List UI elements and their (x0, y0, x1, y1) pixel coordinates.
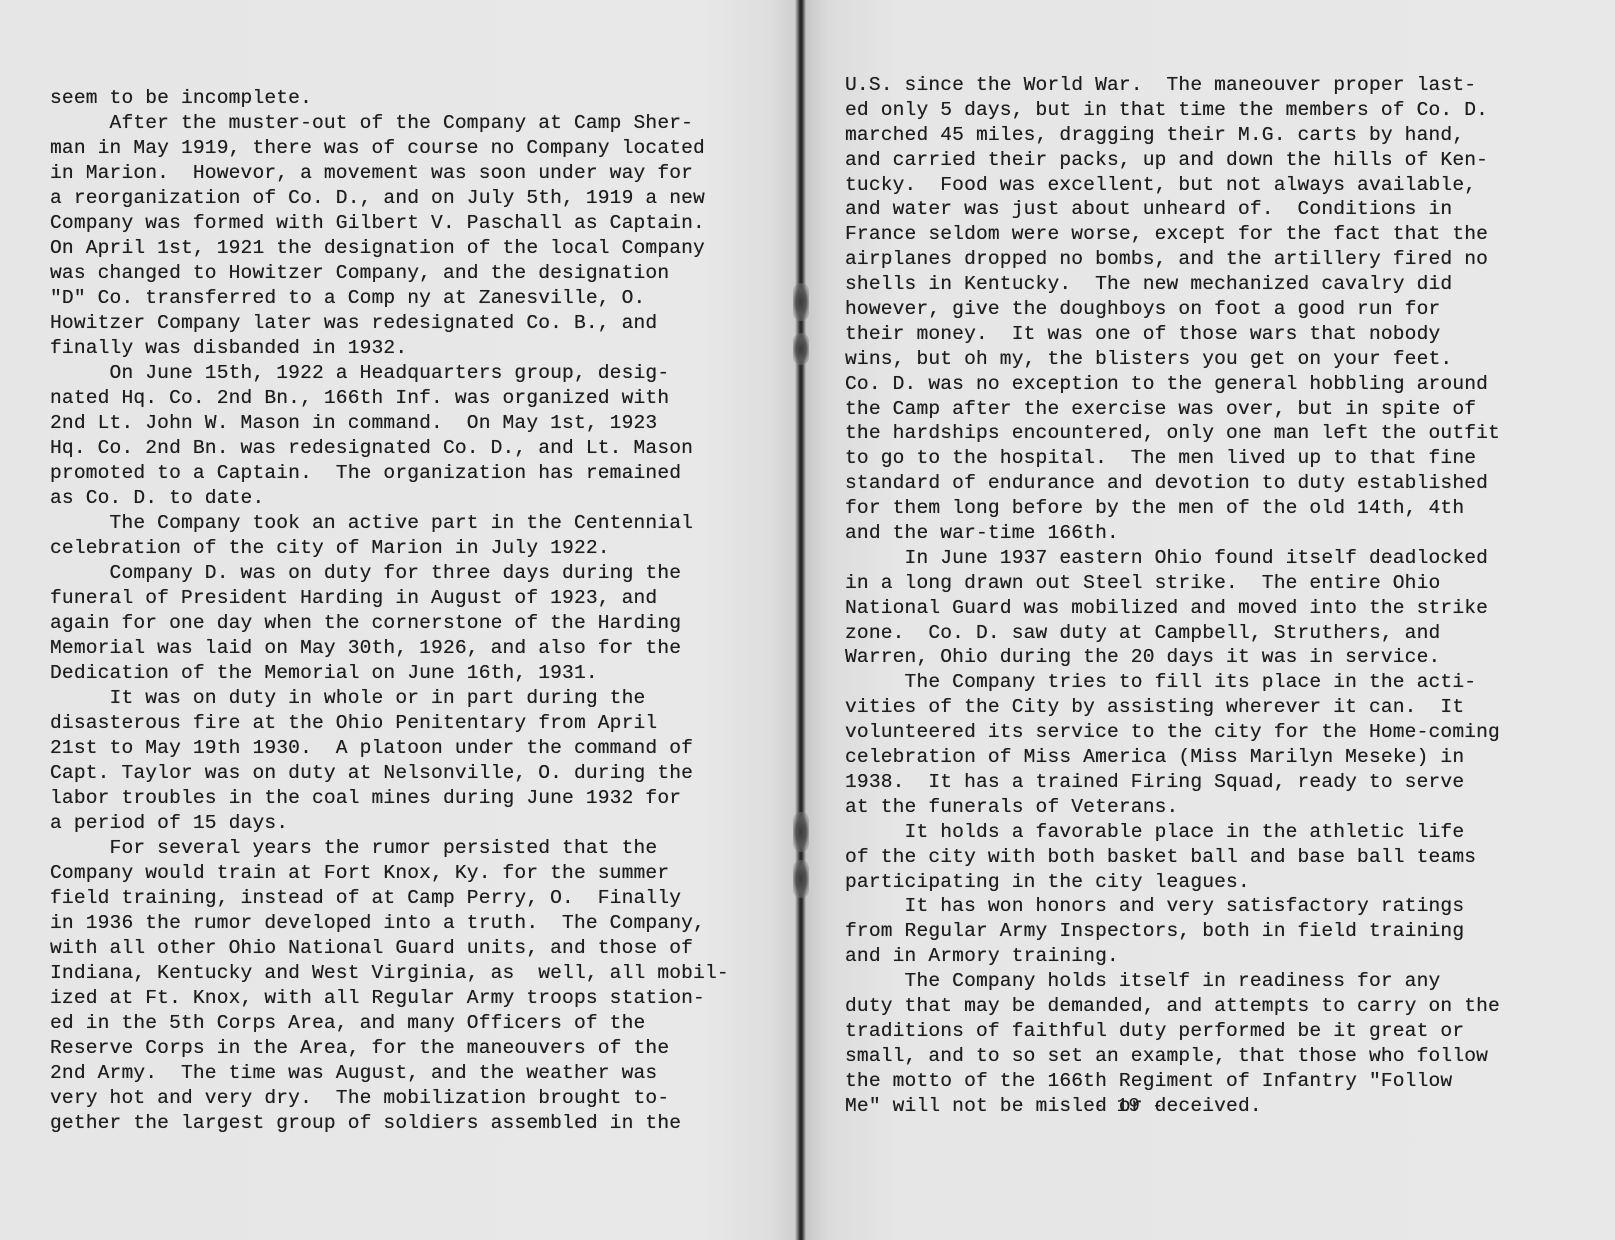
text-line: Me" will not be misled or deceived. (845, 1094, 1500, 1119)
text-line: The Company took an active part in the C… (50, 511, 729, 536)
text-line: Indiana, Kentucky and West Virginia, as … (50, 961, 729, 986)
text-line: 2nd Army. The time was August, and the w… (50, 1061, 729, 1086)
text-line: however, give the doughboys on foot a go… (845, 297, 1500, 322)
text-line: gether the largest group of soldiers ass… (50, 1111, 729, 1136)
text-line: the hardships encountered, only one man … (845, 421, 1500, 446)
text-line: from Regular Army Inspectors, both in fi… (845, 919, 1500, 944)
text-line: celebration of Miss America (Miss Marily… (845, 745, 1500, 770)
text-line: and carried their packs, up and down the… (845, 148, 1500, 173)
text-line: labor troubles in the coal mines during … (50, 786, 729, 811)
text-line: and water was just about unheard of. Con… (845, 197, 1500, 222)
text-line: zone. Co. D. saw duty at Campbell, Strut… (845, 621, 1500, 646)
text-line: Company D. was on duty for three days du… (50, 561, 729, 586)
text-line: Company was formed with Gilbert V. Pasch… (50, 211, 729, 236)
text-line: at the funerals of Veterans. (845, 795, 1500, 820)
text-line: Warren, Ohio during the 20 days it was i… (845, 645, 1500, 670)
text-line: field training, instead of at Camp Perry… (50, 886, 729, 911)
text-line: seem to be incomplete. (50, 86, 729, 111)
right-page: U.S. since the World War. The maneouver … (803, 0, 1615, 1240)
text-line: nated Hq. Co. 2nd Bn., 166th Inf. was or… (50, 386, 729, 411)
text-line: finally was disbanded in 1932. (50, 336, 729, 361)
text-line: a period of 15 days. (50, 811, 729, 836)
text-line: in 1936 the rumor developed into a truth… (50, 911, 729, 936)
text-line: duty that may be demanded, and attempts … (845, 994, 1500, 1019)
text-line: standard of endurance and devotion to du… (845, 471, 1500, 496)
text-line: of the city with both basket ball and ba… (845, 845, 1500, 870)
text-line: After the muster-out of the Company at C… (50, 111, 729, 136)
text-line: On April 1st, 1921 the designation of th… (50, 236, 729, 261)
text-line: their money. It was one of those wars th… (845, 322, 1500, 347)
text-line: promoted to a Captain. The organization … (50, 461, 729, 486)
text-line: was changed to Howitzer Company, and the… (50, 261, 729, 286)
text-line: Howitzer Company later was redesignated … (50, 311, 729, 336)
text-line: Reserve Corps in the Area, for the maneo… (50, 1036, 729, 1061)
text-line: celebration of the city of Marion in Jul… (50, 536, 729, 561)
text-line: wins, but oh my, the blisters you get on… (845, 347, 1500, 372)
text-line: for them long before by the men of the o… (845, 496, 1500, 521)
text-line: as Co. D. to date. (50, 486, 729, 511)
text-line: Hq. Co. 2nd Bn. was redesignated Co. D.,… (50, 436, 729, 461)
text-line: National Guard was mobilized and moved i… (845, 596, 1500, 621)
text-line: ed in the 5th Corps Area, and many Offic… (50, 1011, 729, 1036)
text-line: Company would train at Fort Knox, Ky. fo… (50, 861, 729, 886)
text-line: For several years the rumor persisted th… (50, 836, 729, 861)
text-line: the motto of the 166th Regiment of Infan… (845, 1069, 1500, 1094)
text-line: Co. D. was no exception to the general h… (845, 372, 1500, 397)
text-line: very hot and very dry. The mobilization … (50, 1086, 729, 1111)
booklet-spread: seem to be incomplete. After the muster-… (0, 0, 1615, 1240)
text-line: to go to the hospital. The men lived up … (845, 446, 1500, 471)
text-line: ized at Ft. Knox, with all Regular Army … (50, 986, 729, 1011)
text-line: It has won honors and very satisfactory … (845, 894, 1500, 919)
text-line: Capt. Taylor was on duty at Nelsonville,… (50, 761, 729, 786)
text-line: It holds a favorable place in the athlet… (845, 820, 1500, 845)
page-number: - 19 - (1093, 1095, 1164, 1117)
text-line: ed only 5 days, but in that time the mem… (845, 98, 1500, 123)
text-line: The Company tries to fill its place in t… (845, 670, 1500, 695)
text-line: France seldom were worse, except for the… (845, 222, 1500, 247)
text-line: man in May 1919, there was of course no … (50, 136, 729, 161)
text-line: U.S. since the World War. The maneouver … (845, 73, 1500, 98)
text-line: airplanes dropped no bombs, and the arti… (845, 247, 1500, 272)
text-line: 21st to May 19th 1930. A platoon under t… (50, 736, 729, 761)
text-line: vities of the City by assisting wherever… (845, 695, 1500, 720)
left-page-text: seem to be incomplete. After the muster-… (50, 86, 729, 1136)
text-line: again for one day when the cornerstone o… (50, 611, 729, 636)
text-line: and in Armory training. (845, 944, 1500, 969)
text-line: a reorganization of Co. D., and on July … (50, 186, 729, 211)
text-line: small, and to so set an example, that th… (845, 1044, 1500, 1069)
text-line: volunteered its service to the city for … (845, 720, 1500, 745)
text-line: Dedication of the Memorial on June 16th,… (50, 661, 729, 686)
text-line: marched 45 miles, dragging their M.G. ca… (845, 123, 1500, 148)
text-line: disasterous fire at the Ohio Penitentary… (50, 711, 729, 736)
text-line: 2nd Lt. John W. Mason in command. On May… (50, 411, 729, 436)
text-line: shells in Kentucky. The new mechanized c… (845, 272, 1500, 297)
right-page-text: U.S. since the World War. The maneouver … (845, 73, 1500, 1118)
text-line: and the war-time 166th. (845, 521, 1500, 546)
text-line: Memorial was laid on May 30th, 1926, and… (50, 636, 729, 661)
text-line: funeral of President Harding in August o… (50, 586, 729, 611)
text-line: tucky. Food was excellent, but not alway… (845, 173, 1500, 198)
text-line: with all other Ohio National Guard units… (50, 936, 729, 961)
text-line: On June 15th, 1922 a Headquarters group,… (50, 361, 729, 386)
text-line: The Company holds itself in readiness fo… (845, 969, 1500, 994)
text-line: 1938. It has a trained Firing Squad, rea… (845, 770, 1500, 795)
text-line: the Camp after the exercise was over, bu… (845, 397, 1500, 422)
text-line: in Marion. Howevor, a movement was soon … (50, 161, 729, 186)
text-line: It was on duty in whole or in part durin… (50, 686, 729, 711)
text-line: "D" Co. transferred to a Comp ny at Zane… (50, 286, 729, 311)
text-line: participating in the city leagues. (845, 870, 1500, 895)
text-line: traditions of faithful duty performed be… (845, 1019, 1500, 1044)
left-page: seem to be incomplete. After the muster-… (0, 0, 800, 1240)
text-line: In June 1937 eastern Ohio found itself d… (845, 546, 1500, 571)
text-line: in a long drawn out Steel strike. The en… (845, 571, 1500, 596)
